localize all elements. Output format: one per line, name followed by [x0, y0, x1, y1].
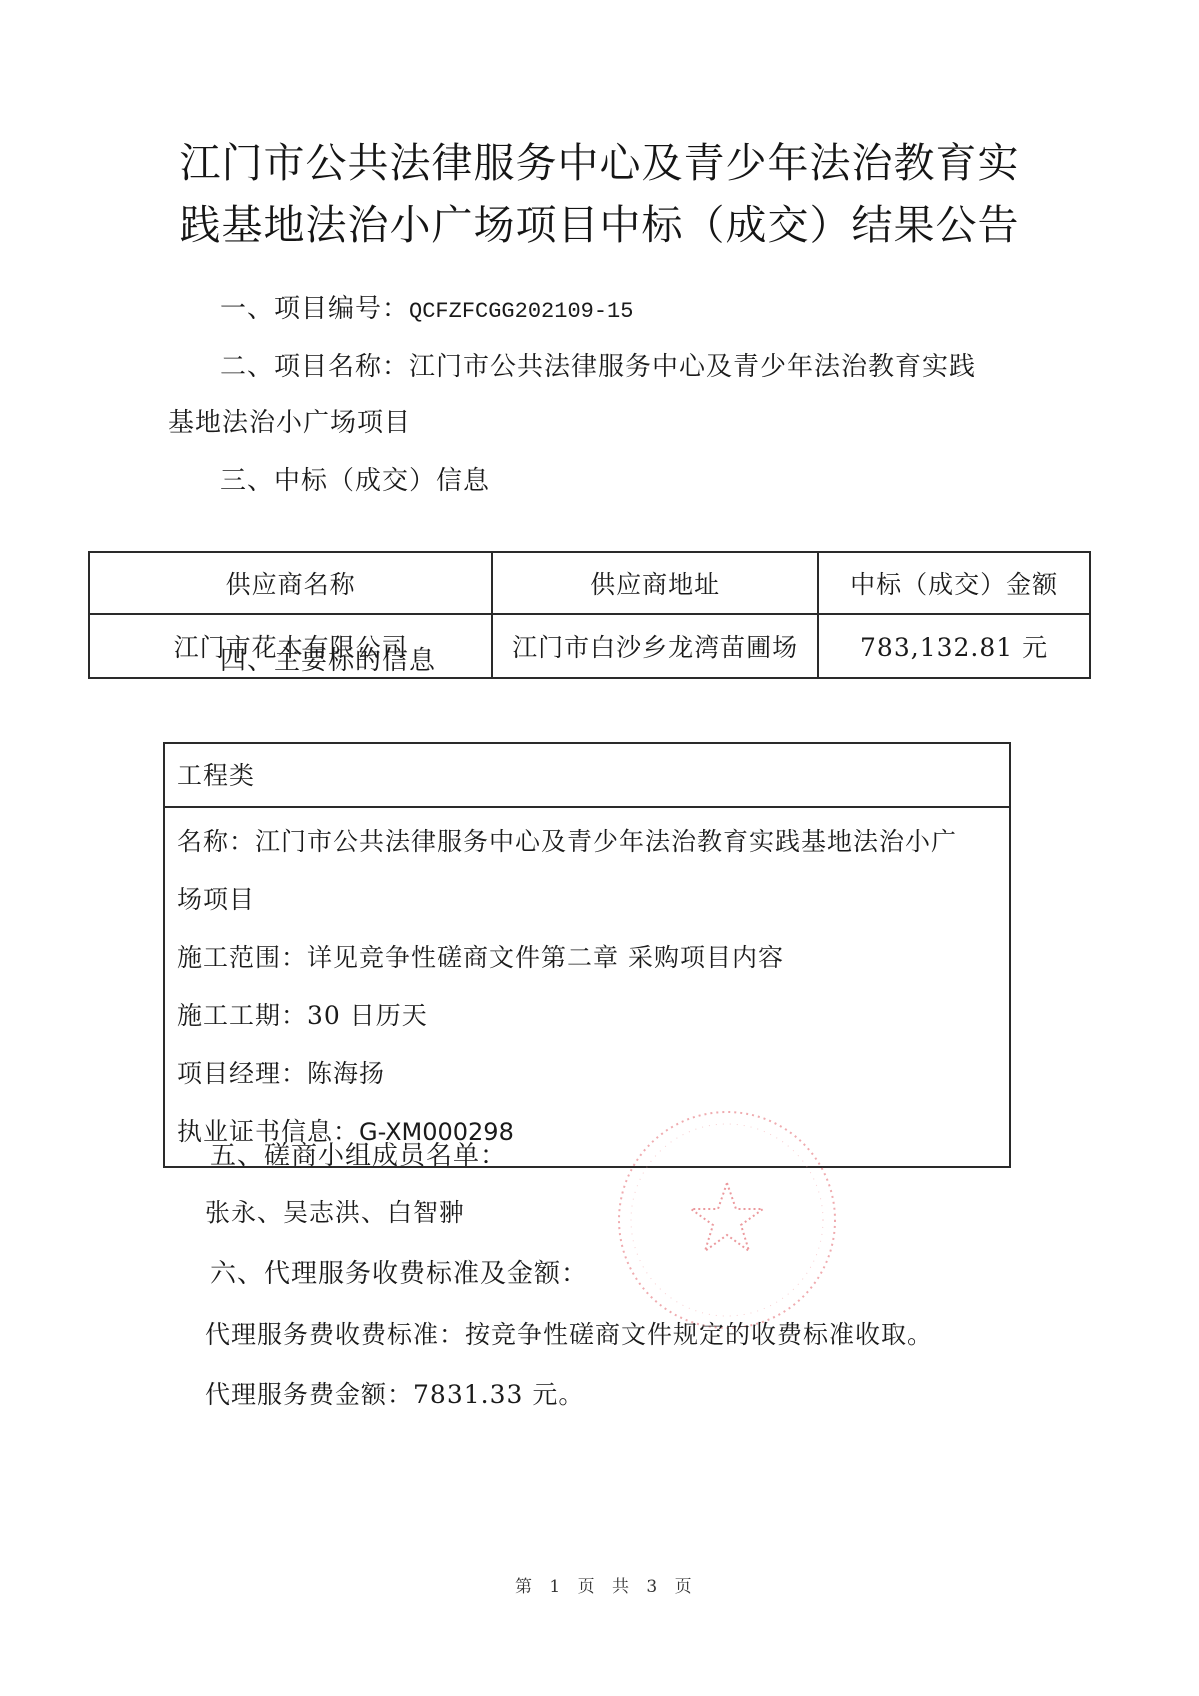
award-table-header-row: 供应商名称 供应商地址 中标（成交）金额	[89, 552, 1090, 614]
duration-value: 30 日历天	[307, 1001, 428, 1030]
panel-members: 张永、吴志洪、白智翀	[205, 1193, 465, 1229]
subject-category: 工程类	[165, 744, 1009, 808]
official-seal-icon	[612, 1105, 842, 1335]
manager-label: 项目经理：	[177, 1059, 307, 1088]
fee-standard-value: 按竞争性磋商文件规定的收费标准收取。	[465, 1320, 933, 1349]
scope-label: 施工范围：	[177, 943, 307, 972]
section-project-number: 一、项目编号：QCFZFCGG202109-15	[220, 288, 633, 325]
project-name-value-1: 江门市公共法律服务中心及青少年法治教育实践	[409, 352, 976, 382]
section-award-heading: 三、中标（成交）信息	[220, 460, 490, 497]
section-project-name: 二、项目名称：江门市公共法律服务中心及青少年法治教育实践	[220, 346, 976, 383]
title-line-2: 践基地法治小广场项目中标（成交）结果公告	[0, 192, 1199, 251]
duration-label: 施工工期：	[177, 1001, 307, 1030]
header-supplier-address: 供应商地址	[492, 552, 818, 614]
project-number-value: QCFZFCGG202109-15	[409, 299, 633, 324]
section-panel-heading: 五、磋商小组成员名单：	[210, 1135, 507, 1172]
page-indicator: 第 1 页 共 3 页	[515, 1572, 698, 1597]
subject-info-box: 工程类 名称：江门市公共法律服务中心及青少年法治教育实践基地法治小广 场项目 施…	[163, 742, 1011, 1168]
cell-award-amount: 783,132.81 元	[818, 614, 1090, 678]
fee-standard: 代理服务费收费标准：按竞争性磋商文件规定的收费标准收取。	[205, 1315, 933, 1351]
title-line-1: 江门市公共法律服务中心及青少年法治教育实	[0, 130, 1199, 189]
header-award-amount: 中标（成交）金额	[818, 552, 1090, 614]
fee-amount: 代理服务费金额：7831.33 元。	[205, 1375, 584, 1411]
subject-name-line-2: 场项目	[177, 880, 255, 916]
manager-value: 陈海扬	[307, 1059, 385, 1088]
project-number-label: 一、项目编号：	[220, 294, 409, 324]
subject-duration: 施工工期：30 日历天	[177, 996, 428, 1032]
header-supplier-name: 供应商名称	[89, 552, 492, 614]
cell-supplier-address: 江门市白沙乡龙湾苗圃场	[492, 614, 818, 678]
project-name-value-2: 基地法治小广场项目	[168, 402, 411, 439]
section-fee-heading: 六、代理服务收费标准及金额：	[210, 1253, 588, 1290]
subject-scope: 施工范围：详见竞争性磋商文件第二章 采购项目内容	[177, 938, 784, 974]
section-subject-heading: 四、主要标的信息	[220, 640, 436, 677]
fee-amount-value: 7831.33 元。	[413, 1380, 584, 1409]
subject-manager: 项目经理：陈海扬	[177, 1054, 385, 1090]
subject-name-line-1: 名称：江门市公共法律服务中心及青少年法治教育实践基地法治小广	[177, 822, 957, 858]
fee-amount-label: 代理服务费金额：	[205, 1380, 413, 1409]
scope-value: 详见竞争性磋商文件第二章 采购项目内容	[307, 943, 784, 972]
fee-standard-label: 代理服务费收费标准：	[205, 1320, 465, 1349]
project-name-label: 二、项目名称：	[220, 352, 409, 382]
